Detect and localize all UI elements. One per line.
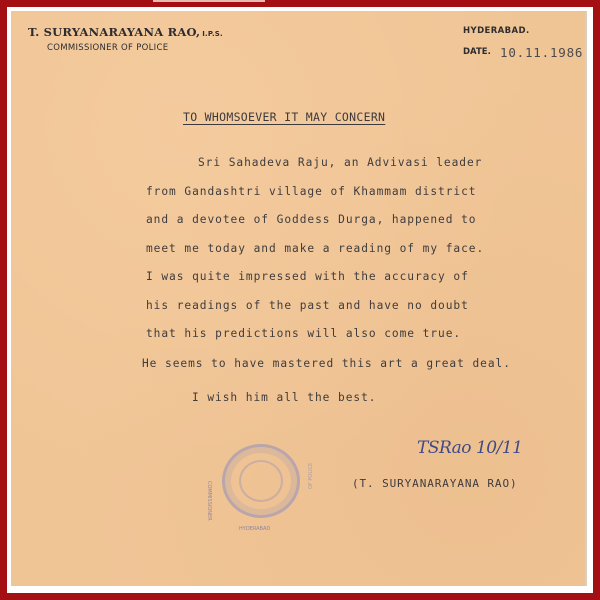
letterhead-name-text: T. SURYANARAYANA RAO,	[28, 25, 200, 39]
letterhead-name-suffix: I.P.S.	[202, 30, 223, 38]
body-line: I wish him all the best.	[192, 391, 376, 404]
body-line: and a devotee of Goddess Durga, happened…	[146, 213, 476, 226]
body-line: that his predictions will also come true…	[146, 327, 461, 340]
stamp-bottom-text: HYDERABAD	[239, 526, 270, 532]
letter-page: T. SURYANARAYANA RAO,I.P.S. COMMISSIONER…	[11, 11, 587, 586]
letterhead-title: COMMISSIONER OF POLICE	[47, 43, 168, 53]
letter-heading: TO WHOMSOEVER IT MAY CONCERN	[183, 110, 385, 124]
body-line: from Gandashtri village of Khammam distr…	[146, 185, 476, 198]
handwritten-signature: TSRao 10/11	[417, 438, 522, 458]
stamp-side-text-left: COMMISSIONER	[206, 481, 212, 521]
body-line: meet me today and make a reading of my f…	[146, 242, 484, 255]
letterhead-city: HYDERABAD.	[463, 26, 530, 36]
body-line: his readings of the past and have no dou…	[146, 299, 469, 312]
letterhead-name: T. SURYANARAYANA RAO,I.P.S.	[28, 25, 223, 39]
body-line: I was quite impressed with the accuracy …	[146, 270, 469, 283]
top-highlight-strip	[153, 0, 265, 2]
body-line: He seems to have mastered this art a gre…	[142, 357, 511, 370]
signatory-name: (T. SURYANARAYANA RAO)	[352, 477, 518, 490]
seal-inner-ring	[239, 460, 283, 502]
date-label: DATE.	[463, 47, 491, 57]
date-value: 10.11.1986	[500, 45, 583, 60]
stamp-side-text-right: OF POLICE	[308, 463, 314, 489]
official-seal-stamp	[222, 444, 300, 518]
body-line: Sri Sahadeva Raju, an Advivasi leader	[198, 156, 482, 169]
